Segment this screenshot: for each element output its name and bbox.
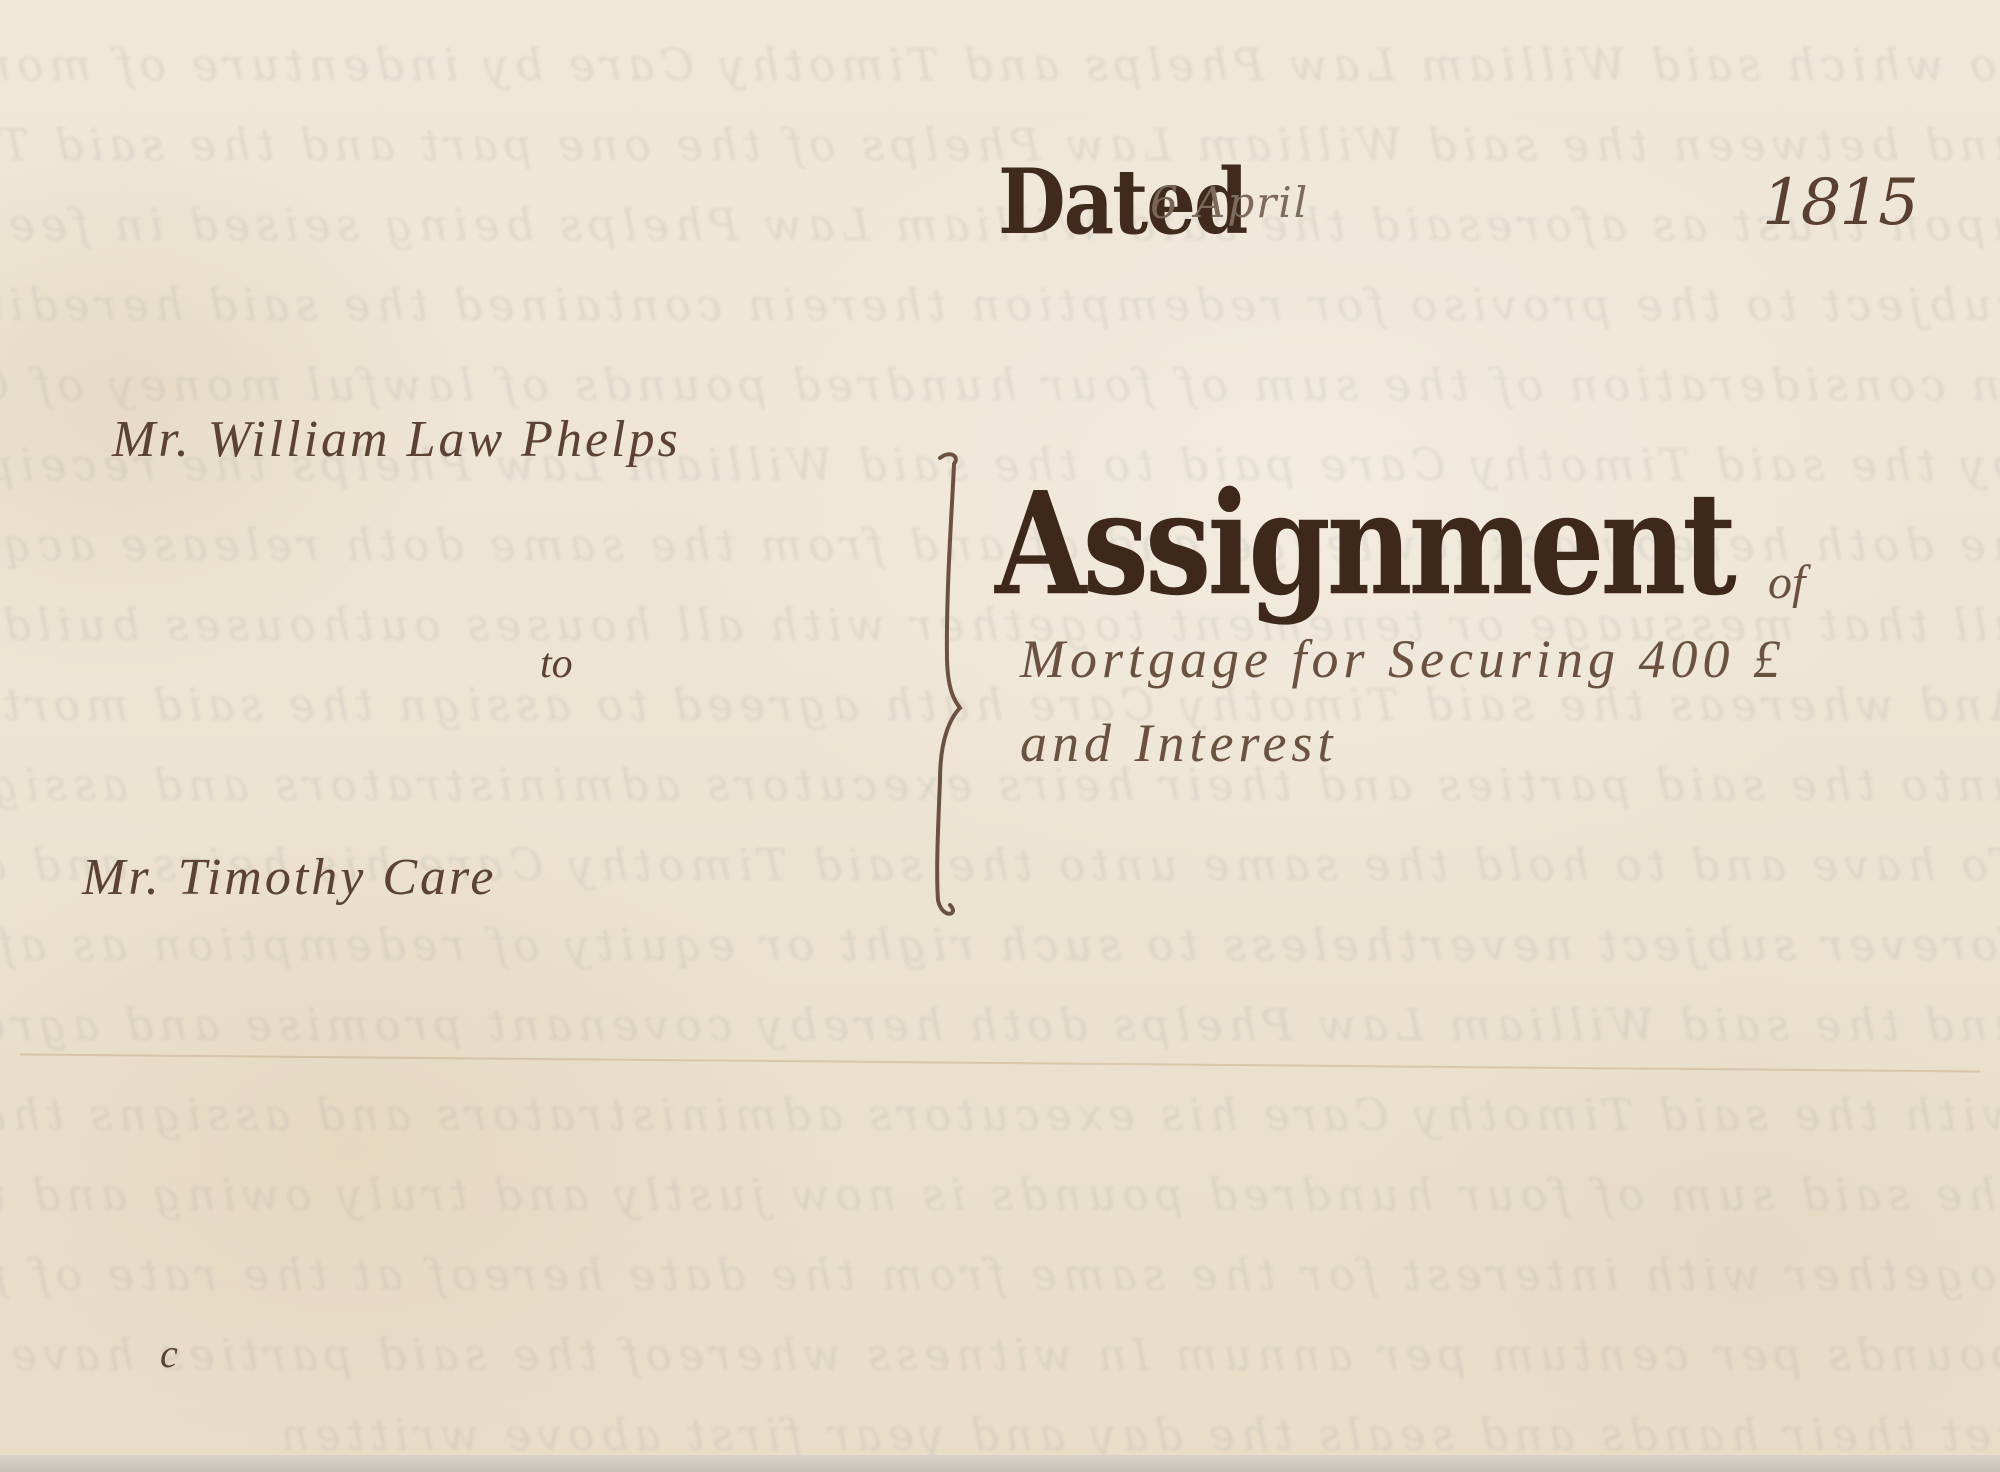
curly-brace-icon [920, 450, 980, 920]
document-page: to which said William Law Phelps and Tim… [0, 0, 2000, 1472]
stray-ink-mark: c [160, 1330, 178, 1377]
dated-year: 1815 [1762, 166, 1917, 240]
title-of: of [1768, 555, 1805, 610]
assignor-name: Mr. William Law Phelps [112, 410, 681, 469]
paper-fold-line [20, 1053, 1980, 1072]
assignee-name: Mr. Timothy Care [82, 848, 496, 907]
page-bottom-edge [0, 1455, 2000, 1472]
document-title: Assignment [995, 460, 1733, 627]
title-subtitle-line1: Mortgage for Securing 400 £ [1020, 628, 1785, 690]
dated-day: 6 [1150, 178, 1178, 229]
title-subtitle-line2: and Interest [1020, 712, 1337, 774]
party-connector: to [540, 640, 573, 688]
dated-month: April [1195, 178, 1309, 227]
